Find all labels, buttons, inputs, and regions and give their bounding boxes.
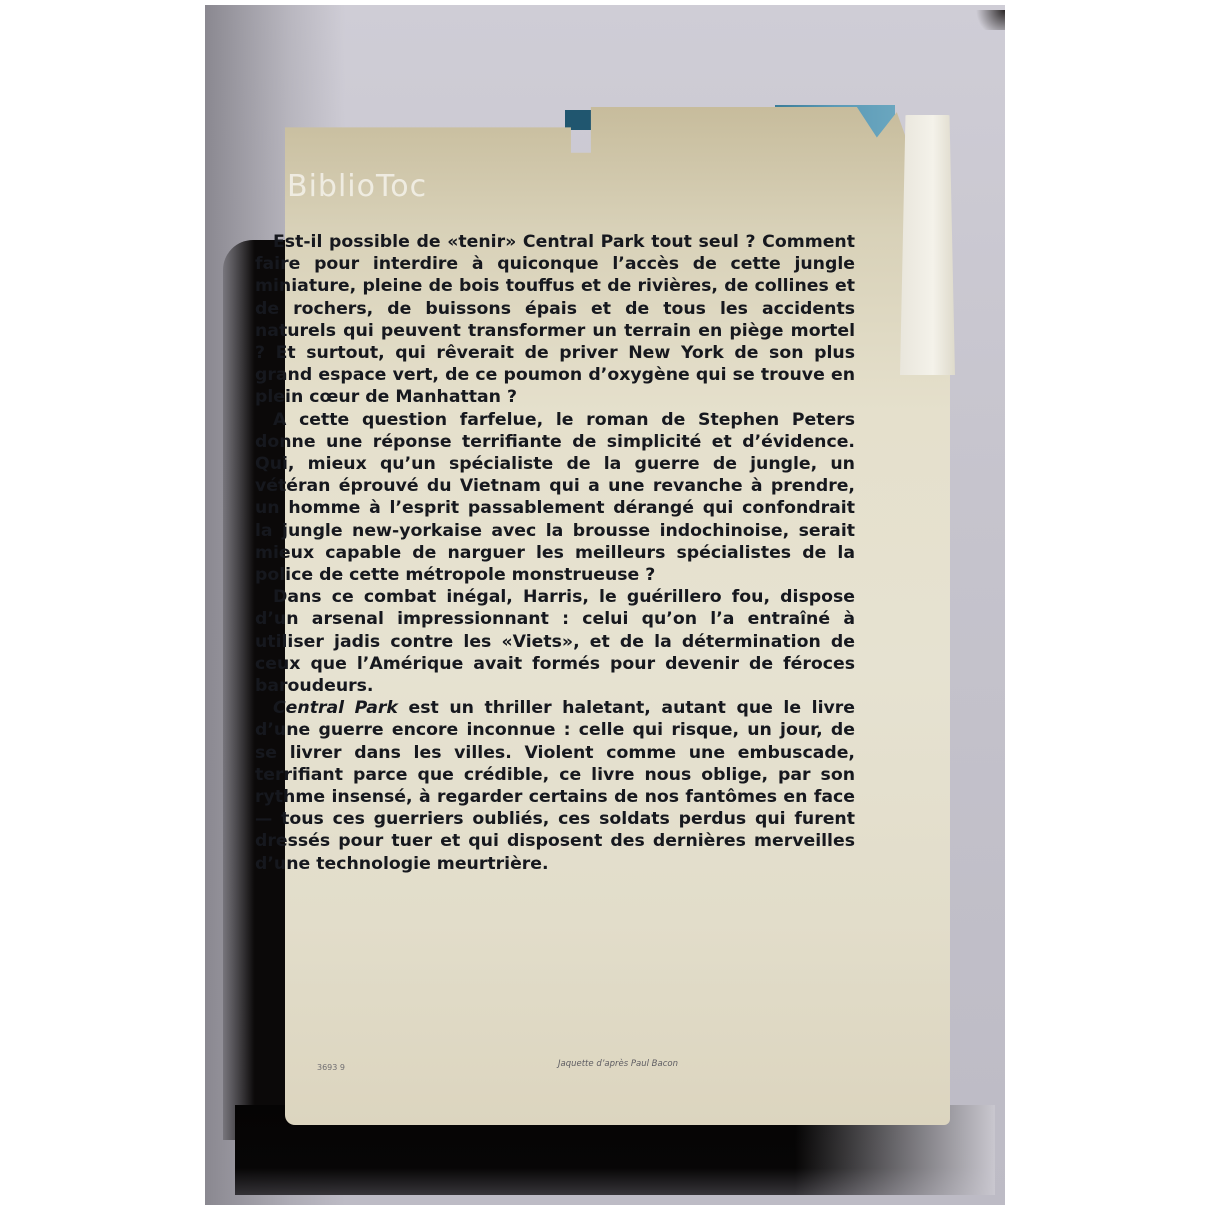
blurb-paragraph: A cette question farfelue, le roman de S… (255, 409, 855, 587)
jacket-credit: Jaquette d’après Paul Bacon (558, 1059, 678, 1069)
blurb-paragraph: Central Park est un thriller haletant, a… (255, 697, 855, 875)
watermark-logo: BiblioToc (287, 169, 427, 204)
blurb-paragraph: Dans ce combat inégal, Harris, le guéril… (255, 586, 855, 697)
blurb-paragraph: Est-il possible de «tenir» Central Park … (255, 231, 855, 409)
corner-shadow (975, 10, 1005, 30)
book-photo: BiblioToc Est-il possible de «tenir» Cen… (205, 5, 1005, 1205)
back-cover-blurb: Est-il possible de «tenir» Central Park … (255, 231, 855, 875)
torn-jacket-flap (900, 115, 955, 375)
catalog-code: 3693 9 (317, 1063, 345, 1072)
